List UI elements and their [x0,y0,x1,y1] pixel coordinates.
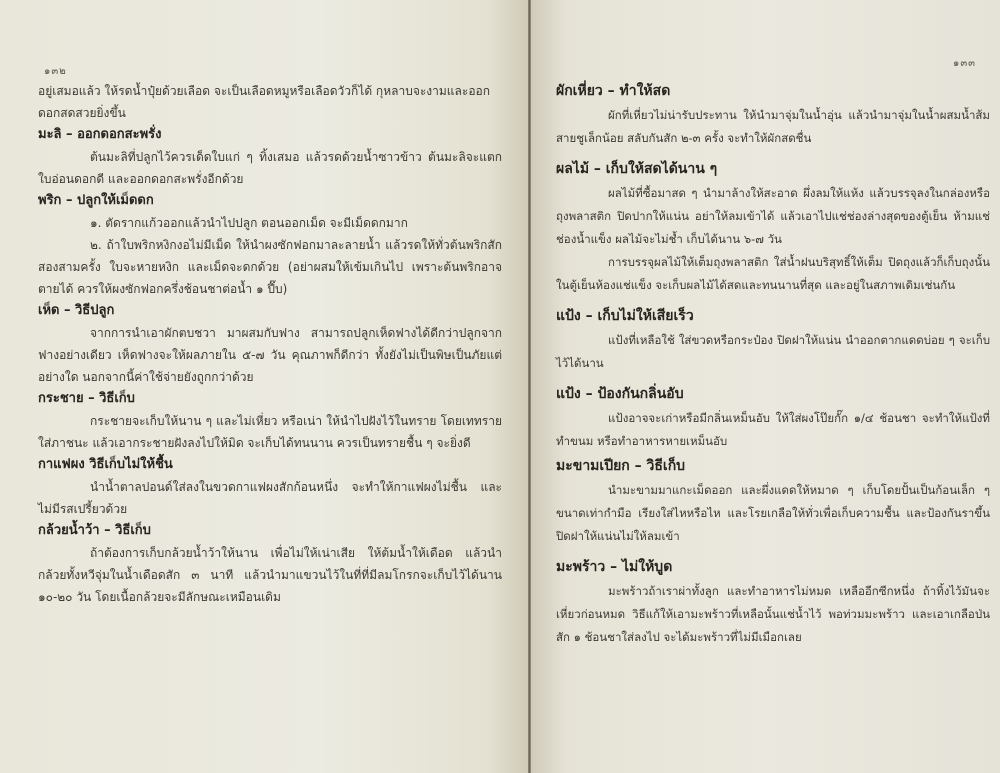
section-heading: มะขามเปียก – วิธีเก็บ [556,453,990,479]
section-tamarind: มะขามเปียก – วิธีเก็บ นำมะขามมาแกะเม็ดออ… [556,453,990,548]
section-flour-storage: แป้ง – เก็บไม่ให้เสียเร็ว แป้งที่เหลือใช… [556,303,990,375]
section-fingerroot: กระชาย – วิธีเก็บ กระชายจะเก็บให้นาน ๆ แ… [38,388,502,454]
continuation-text: อยู่เสมอแล้ว ให้รดน้ำปุ๋ยด้วยเลือด จะเป็… [38,80,502,102]
section-heading: ผลไม้ – เก็บให้สดได้นาน ๆ [556,156,990,182]
section-paragraph: การบรรจุผลไม้ให้เต็มถุงพลาสติก ใส่น้ำฝนบ… [556,251,990,297]
section-wilted-vegetables: ผักเหี่ยว – ทำให้สด ผักที่เหี่ยวไม่น่ารั… [556,78,990,150]
right-page: ๑๓๓ ผักเหี่ยว – ทำให้สด ผักที่เหี่ยวไม่น… [530,0,1000,773]
section-heading: แป้ง – ป้องกันกลิ่นอับ [556,381,990,407]
section-heading: กาแฟผง วิธีเก็บไม่ให้ชื้น [38,454,502,476]
section-heading: พริก – ปลูกให้เม็ดดก [38,190,502,212]
book-spread: ๑๓๒ อยู่เสมอแล้ว ให้รดน้ำปุ๋ยด้วยเลือด จ… [0,0,1000,773]
section-paragraph: นำมะขามมาแกะเม็ดออก และผึ่งแดดให้หมาด ๆ … [556,479,990,548]
section-paragraph: ผลไม้ที่ซื้อมาสด ๆ นำมาล้างให้สะอาด ผึ่ง… [556,182,990,251]
section-chili: พริก – ปลูกให้เม็ดดก ๑. ตัดรากแก้วออกแล้… [38,190,502,300]
section-banana: กล้วยน้ำว้า – วิธีเก็บ ถ้าต้องการเก็บกล้… [38,520,502,608]
section-paragraph: จากการนำเอาผักตบชวา มาผสมกับฟาง สามารถปล… [38,322,502,388]
section-heading: กล้วยน้ำว้า – วิธีเก็บ [38,520,502,542]
book-spine [528,0,531,773]
section-heading: แป้ง – เก็บไม่ให้เสียเร็ว [556,303,990,329]
section-paragraph: กระชายจะเก็บให้นาน ๆ และไม่เหี่ยว หรือเน… [38,410,502,454]
section-paragraph: ๒. ถ้าใบพริกหงิกงอไม่มีเม็ด ให้นำผงซักฟอ… [38,234,502,300]
section-paragraph: แป้งอาจจะเก่าหรือมีกลิ่นเหม็นอับ ให้ใส่ผ… [556,407,990,453]
right-page-number: ๑๓๓ [953,56,976,71]
section-mushroom: เห็ด – วิธีปลูก จากการนำเอาผักตบชวา มาผส… [38,300,502,388]
continuation-text: ดอกสดสวยยิ่งขึ้น [38,102,502,124]
section-paragraph: มะพร้าวถ้าเราผ่าทั้งลูก และทำอาหารไม่หมด… [556,580,990,649]
right-page-content: ผักเหี่ยว – ทำให้สด ผักที่เหี่ยวไม่น่ารั… [556,78,990,649]
section-flour-odor: แป้ง – ป้องกันกลิ่นอับ แป้งอาจจะเก่าหรือ… [556,381,990,453]
section-heading: กระชาย – วิธีเก็บ [38,388,502,410]
section-fruit: ผลไม้ – เก็บให้สดได้นาน ๆ ผลไม้ที่ซื้อมา… [556,156,990,297]
section-paragraph: ๑. ตัดรากแก้วออกแล้วนำไปปลูก ตอนออกเม็ด … [38,212,502,234]
section-heading: มะลิ – ออกดอกสะพรั่ง [38,124,502,146]
section-paragraph: นำน้ำตาลปอนด์ใส่ลงในขวดกาแฟผงสักก้อนหนึ่… [38,476,502,520]
section-coconut: มะพร้าว – ไม่ให้บูด มะพร้าวถ้าเราผ่าทั้ง… [556,554,990,649]
section-instant-coffee: กาแฟผง วิธีเก็บไม่ให้ชื้น นำน้ำตาลปอนด์ใ… [38,454,502,520]
section-paragraph: ถ้าต้องการเก็บกล้วยน้ำว้าให้นาน เพื่อไม่… [38,542,502,608]
left-page: ๑๓๒ อยู่เสมอแล้ว ให้รดน้ำปุ๋ยด้วยเลือด จ… [0,0,530,773]
section-heading: มะพร้าว – ไม่ให้บูด [556,554,990,580]
section-paragraph: ผักที่เหี่ยวไม่น่ารับประทาน ให้นำมาจุ่มใ… [556,104,990,150]
left-page-number: ๑๓๒ [44,64,67,79]
section-heading: เห็ด – วิธีปลูก [38,300,502,322]
left-page-content: อยู่เสมอแล้ว ให้รดน้ำปุ๋ยด้วยเลือด จะเป็… [38,80,502,608]
section-paragraph: ต้นมะลิที่ปลูกไว้ควรเด็ดใบแก่ ๆ ทิ้งเสมอ… [38,146,502,190]
section-paragraph: แป้งที่เหลือใช้ ใส่ขวดหรือกระป๋อง ปิดฝาใ… [556,329,990,375]
section-jasmine: มะลิ – ออกดอกสะพรั่ง ต้นมะลิที่ปลูกไว้คว… [38,124,502,190]
section-heading: ผักเหี่ยว – ทำให้สด [556,78,990,104]
